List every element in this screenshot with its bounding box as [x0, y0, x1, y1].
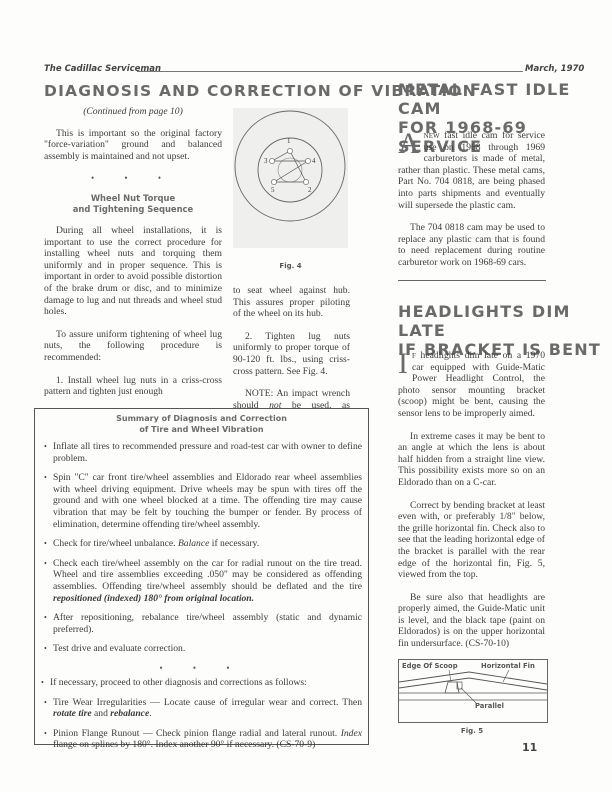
list-item: Check each tire/wheel assembly on the ca…	[41, 558, 362, 604]
figure-4-wheel-diagram: 1 2 3 4 5	[233, 108, 348, 248]
header-rule	[137, 71, 523, 72]
paragraph-text: headlights dim late on a 1970 car equipp…	[398, 350, 545, 419]
summary-title-line: Summary of Diagnosis and Correction	[35, 413, 368, 424]
item-emphasis: Index	[341, 728, 362, 739]
item-emphasis: rebalance	[110, 708, 149, 719]
lug-label-5: 5	[271, 186, 275, 194]
lug-label-4: 4	[312, 157, 316, 165]
item-text: .	[149, 708, 151, 719]
drop-cap: A	[398, 132, 420, 156]
subheading-line: Wheel Nut Torque	[44, 193, 222, 204]
paragraph: In extreme cases it may be bent to an an…	[398, 431, 545, 489]
item-emphasis: rotate tire	[53, 708, 92, 719]
item-text: and	[92, 708, 111, 719]
paragraph: 2. Tighten lug nuts uniformly to proper …	[233, 331, 350, 377]
item-emphasis: repositioned (indexed) 180° from origina…	[53, 593, 254, 604]
subheading: Wheel Nut Torque and Tightening Sequence	[44, 193, 222, 215]
section-divider-dots: • • •	[41, 663, 362, 673]
paragraph-text: fast idle cam for service use on 1968 th…	[398, 130, 545, 211]
item-text: If necessary, proceed to other diagnosis…	[50, 677, 307, 688]
article2-body: Anew fast idle cam for service use on 19…	[398, 130, 545, 280]
item-text: Check each tire/wheel assembly on the ca…	[53, 558, 362, 592]
lug-nut-pattern-icon	[233, 108, 348, 248]
list-item: After repositioning, rebalance tire/whee…	[41, 612, 362, 635]
paragraph: to seat wheel against hub. This assures …	[233, 285, 350, 320]
item-text: flange on splines by 180°. Index another…	[53, 739, 315, 750]
summary-box: Summary of Diagnosis and Correction of T…	[34, 408, 369, 745]
proceed-text: If necessary, proceed to other diagnosis…	[41, 677, 362, 689]
lead-word: new	[424, 130, 440, 141]
section-divider-dots: • • •	[44, 173, 222, 185]
article-divider	[398, 280, 546, 281]
paragraph: 1. Install wheel lug nuts in a criss-cro…	[44, 375, 222, 398]
article3-body: If headlights dim late on a 1970 car equ…	[398, 350, 545, 661]
paragraph: Correct by bending bracket at least even…	[398, 500, 545, 581]
paragraph: This is important so the original factor…	[44, 128, 222, 163]
lug-label-1: 1	[287, 137, 291, 145]
page-number: 11	[522, 741, 537, 754]
figure-4-caption: Fig. 4	[233, 262, 348, 270]
list-item: Test drive and evaluate correction.	[41, 643, 362, 655]
issue-date: March, 1970	[525, 64, 584, 74]
paragraph: During all wheel installations, it is im…	[44, 225, 222, 318]
subheading-line: and Tightening Sequence	[44, 204, 222, 215]
lug-label-2: 2	[308, 186, 312, 194]
paragraph: If headlights dim late on a 1970 car equ…	[398, 350, 545, 420]
label-parallel: Parallel	[475, 702, 504, 710]
title-line: METAL FAST IDLE CAM	[398, 80, 612, 118]
list-item: Inflate all tires to recommended pressur…	[41, 441, 362, 464]
summary-list: Inflate all tires to recommended pressur…	[35, 435, 368, 751]
drop-cap: I	[398, 352, 408, 376]
summary-title: Summary of Diagnosis and Correction of T…	[35, 413, 368, 435]
item-emphasis: Balance	[178, 538, 209, 549]
label-horizontal-fin: Horizontal Fin	[481, 662, 535, 670]
continued-note: (Continued from page 10)	[44, 106, 222, 118]
paragraph: To assure uniform tightening of wheel lu…	[44, 329, 222, 364]
paragraph: Be sure also that headlights are properl…	[398, 592, 545, 650]
summary-title-line: of Tire and Wheel Vibration	[35, 424, 368, 435]
list-item: Spin "C" car front tire/wheel assemblies…	[41, 472, 362, 530]
item-text: Tire Wear Irregularities — Locate cause …	[53, 697, 362, 708]
list-item: Pinion Flange Runout — Check pinion flan…	[41, 728, 362, 751]
publication-name: The Cadillac Serviceman	[44, 64, 161, 74]
lug-label-3: 3	[264, 157, 268, 165]
paragraph: The 704 0818 cam may be used to replace …	[398, 222, 545, 268]
item-text: Check for tire/wheel unbalance.	[53, 538, 178, 549]
item-text: if necessary.	[209, 538, 259, 549]
label-edge-of-scoop: Edge Of Scoop	[402, 662, 458, 670]
list-item: Check for tire/wheel unbalance. Balance …	[41, 538, 362, 550]
paragraph: Anew fast idle cam for service use on 19…	[398, 130, 545, 211]
figure-5-bracket-diagram: Edge Of Scoop Horizontal Fin Parallel	[398, 659, 548, 723]
list-item: Tire Wear Irregularities — Locate cause …	[41, 697, 362, 720]
title-line: HEADLIGHTS DIM LATE	[398, 302, 612, 340]
article1-left-column: (Continued from page 10) This is importa…	[44, 106, 222, 409]
figure-5-caption: Fig. 5	[398, 727, 546, 735]
item-text: Pinion Flange Runout — Check pinion flan…	[53, 728, 341, 739]
